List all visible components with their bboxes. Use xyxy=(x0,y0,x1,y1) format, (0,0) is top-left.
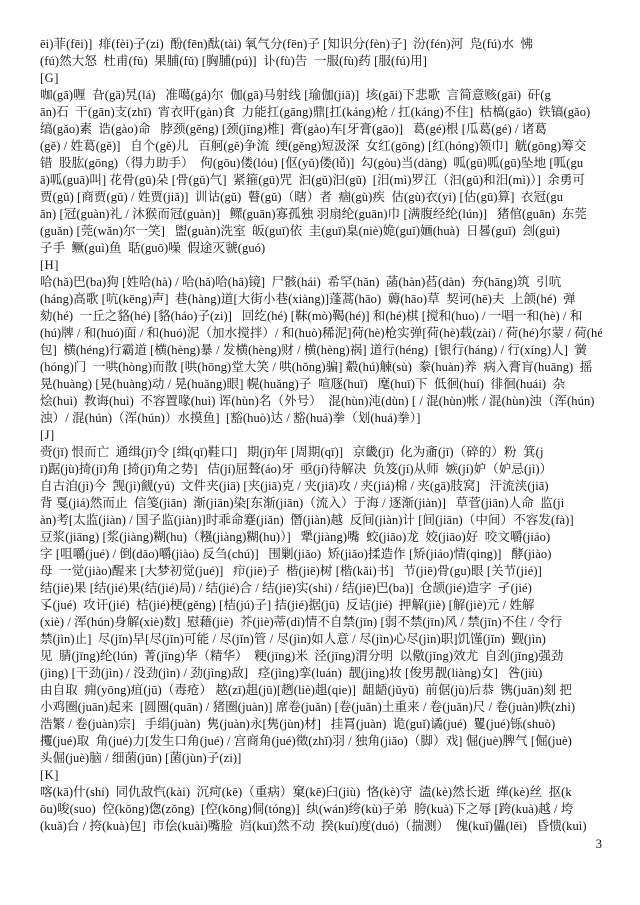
document-text-block: ēi)菲(fēi)] 痱(fèi)子(zi) 酚(fēn)酞(tài) 氧气分(… xyxy=(40,36,602,835)
text-line: 咖(gā)喱 旮(gā)旯(lá) 准噶(gá)尔 伽(gā)马射线 [瑜伽(j… xyxy=(40,87,602,104)
text-line: 子手 鳜(guì)鱼 聒(guō)噪 假途灭虢(guó) xyxy=(40,240,602,257)
text-line: ōu)唆(suo) 倥(kǒng)偬(zǒng) [倥(kōng)侗(tóng)… xyxy=(40,801,602,818)
text-line: 劾(hé) 一丘之貉(hé) [貉(háo)子(zi)] 回纥(hé) [靺(m… xyxy=(40,308,602,325)
section-header-line: [H] xyxy=(40,257,602,274)
text-line: ī)踞(jù)掎(jǐ)角 [掎(jǐ)角之势] 佶(jí)屈聱(áo)牙 亟(… xyxy=(40,461,602,478)
section-header-line: [G] xyxy=(40,70,602,87)
text-line: (guǎn) [莞(wǎn)尔一笑] 盥(guàn)洗室 皈(guī)依 圭(g… xyxy=(40,223,602,240)
text-line: 贾(gǔ) [商贾(gǔ) / 姓贾(jiǎ)] 训诂(gǔ) 瞽(gǔ)（瞎）… xyxy=(40,189,602,206)
text-line: ēi)菲(fēi)] 痱(fèi)子(zi) 酚(fēn)酞(tài) 氧气分(… xyxy=(40,36,602,53)
text-line: 见 腈(jīng)纶(lún) 菁(jīng)华（精华） 粳(jīng)米 泾(… xyxy=(40,648,602,665)
text-line: 错 股肱(gōng)（得力助手） 佝(gōu)偻(lóu) [伛(yǔ)偻(lǚ… xyxy=(40,155,602,172)
text-line: 烩(huì) 教诲(huì) 不容置喙(huì) 诨(hùn)名（外号） 混(h… xyxy=(40,393,602,410)
text-line: 浩繁 / 卷(juàn)宗] 手绢(juàn) 隽(juàn)永[隽(jùn)材… xyxy=(40,716,602,733)
text-line: 豆浆(jiāng) [浆(jiàng)糊(hu)（糨(jiàng)糊(hu)）]… xyxy=(40,529,602,546)
text-line: (kuǎ)台 / 挎(kuà)包] 市侩(kuài)嘴脸 岿(kuī)然不动 揆… xyxy=(40,818,602,835)
text-line: ā)呱(guā)叫] 花骨(gū)朵 [骨(gǔ)气] 紧箍(gū)咒 汩(gǔ… xyxy=(40,172,602,189)
text-line: 禁(jìn)止] 尽(jǐn)早[尽(jǐn)可能 / 尽(jǐn)管 / 尽(… xyxy=(40,631,602,648)
text-line: 喀(kā)什(shí) 同仇敌忾(kài) 沉疴(kē)（重病）窠(kē)臼(j… xyxy=(40,784,602,801)
document-page: ēi)菲(fēi)] 痱(fèi)子(zi) 酚(fēn)酞(tài) 氧气分(… xyxy=(0,0,640,905)
text-line: 缟(gǎo)素 诰(gào)命 脖颈(gěng) [颈(jǐng)椎] 膏(gà… xyxy=(40,121,602,138)
text-line: 浊）/ 混(hún)（浑(hún)）水摸鱼] [豁(huò)达 / 豁(huá)… xyxy=(40,410,602,427)
text-line: 头倔(juè)脑 / 细菌(jūn) [菌(jùn)子(zi)] xyxy=(40,750,602,767)
text-line: (háng)高歌 [吭(kēng)声] 巷(hàng)道[大街小巷(xiàng)… xyxy=(40,291,602,308)
text-line: ān) [冠(guàn)礼 / 沐猴而冠(guàn)] 鳏(guān)寡孤独 羽… xyxy=(40,206,602,223)
text-line: 赍(jī) 恨而亡 通缉(jī)令 [缉(qī)鞋口] 期(jī)年 [周期(q… xyxy=(40,444,602,461)
section-header-line: [J] xyxy=(40,427,602,444)
text-line: (hú)牌 / 和(huó)面 / 和(huó)泥（加水搅拌）/ 和(huò)稀… xyxy=(40,325,602,342)
text-line: 结(jiē)果 [结(jié)果(结(jié)局) / 结(jié)合 / 结(… xyxy=(40,580,602,597)
text-line: 背 戛(jiá)然而止 信笺(jiān) 渐(jiān)染[东渐(jiān)（流… xyxy=(40,495,602,512)
text-line: 母 一觉(jiào)醒来 [大梦初觉(jué)] 疖(jiē)子 楷(jiē)树… xyxy=(40,563,602,580)
text-line: (fú)然大怒 杜甫(fǔ) 果脯(fǔ) [胸脯(pú)] 讣(fù)告 一服… xyxy=(40,53,602,70)
text-line: (jìng) [干劲(jìn) / 没劲(jìn) / 劲(jìng)敌] 痉(… xyxy=(40,665,602,682)
text-line: (gě) / 姓葛(gě)] 自个(gě)儿 百舸(gě)争流 绠(gěng)短… xyxy=(40,138,602,155)
text-line: 自古洎(jì)今 觊(jì)觎(yú) 文件夹(jiā) [夹(jiā)克 / … xyxy=(40,478,602,495)
page-number: 3 xyxy=(596,836,602,853)
text-line: àn)考[太监(jiàn) / 国子监(jiàn)]时乖命蹇(jiǎn) 僭(j… xyxy=(40,512,602,529)
section-header-line: [K] xyxy=(40,767,602,784)
text-line: 字 [咀嚼(jué) / 倒(dǎo)嚼(jiào) 反刍(chú)] 围剿(j… xyxy=(40,546,602,563)
text-line: 由自取 痈(yōng)疽(jū)（毒疮） 趑(zī)趄(jū)[趔(liè)趄(… xyxy=(40,682,602,699)
text-line: (hóng)门 一哄(hòng)而散 [哄(hōng)堂大笑 / 哄(hǒng)… xyxy=(40,359,602,376)
text-line: 晃(huàng) [晃(huàng)动 / 晃(huǎng)眼] 幌(huǎng… xyxy=(40,376,602,393)
text-line: 哈(hǎ)巴(ba)狗 [姓哈(hà) / 哈(hǎ)哈(hā)镜] 尸骸(há… xyxy=(40,274,602,291)
text-line: 小鸡圈(juān)起来 [圆圈(quān) / 猪圈(juàn)] 席卷(juǎ… xyxy=(40,699,602,716)
text-line: (xiè) / 浑(hún)身解(xiè)数] 慰藉(jiè) 芥(jiè)蒂(… xyxy=(40,614,602,631)
text-line: ān)石 干(gān)支(zhī) 宵衣旰(gàn)食 力能扛(gāng)鼎[扛… xyxy=(40,104,602,121)
text-line: 包] 横(héng)行霸道 [横(hèng)暴 / 发横(hèng)财 / 横(… xyxy=(40,342,602,359)
text-line: 孓(jué) 攻讦(jié) 桔(jié)梗(gěng) [桔(jú)子] 拮(… xyxy=(40,597,602,614)
text-line: 攫(jué)取 角(jué)力[发生口角(jué) / 宫商角(jué)徵(zh… xyxy=(40,733,602,750)
